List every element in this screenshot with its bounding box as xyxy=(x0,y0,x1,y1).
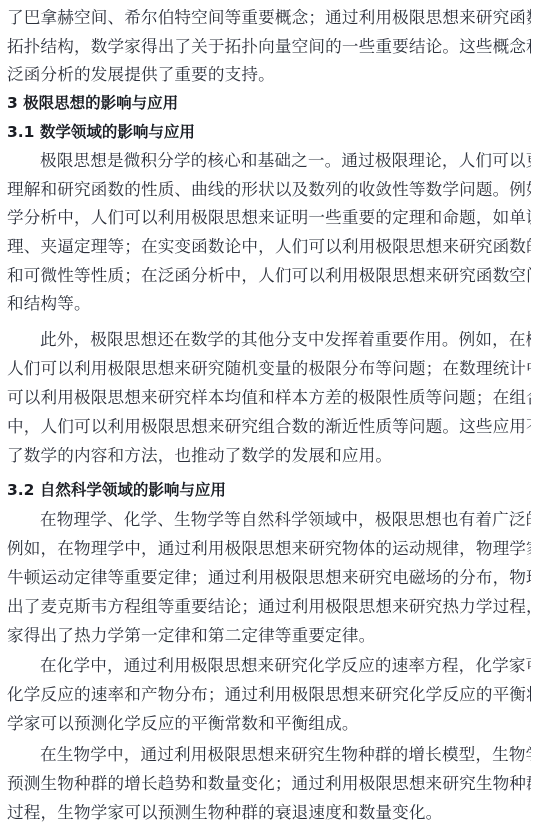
paragraph-line: 化学反应的速率和产物分布；通过利用极限思想来研究化学反应的平衡状态，化 xyxy=(7,685,531,705)
paragraph-line: 了数学的内容和方法，也推动了数学的发展和应用。 xyxy=(7,446,531,466)
paragraph-line: 人们可以利用极限思想来研究随机变量的极限分布等问题；在数理统计中，人们 xyxy=(7,359,531,379)
paragraph-line: 预测生物种群的增长趋势和数量变化；通过利用极限思想来研究生物种群的衰退 xyxy=(7,774,531,794)
intro-line-3: 泛函分析的发展提供了重要的支持。 xyxy=(7,65,531,85)
paragraph-line: 理解和研究函数的性质、曲线的形状以及数列的收敛性等数学问题。例如，在数 xyxy=(7,180,531,200)
paragraph-line: 在物理学、化学、生物学等自然科学领域中，极限思想也有着广泛的应用。 xyxy=(40,510,531,530)
paragraph-line: 家得出了热力学第一定律和第二定律等重要定律。 xyxy=(7,626,531,646)
paragraph-line: 例如，在物理学中，通过利用极限思想来研究物体的运动规律，物理学家得出了 xyxy=(7,539,531,559)
paragraph-line: 过程，生物学家可以预测生物种群的衰退速度和数量变化。 xyxy=(7,803,531,823)
paragraph-line: 出了麦克斯韦方程组等重要结论；通过利用极限思想来研究热力学过程，物理学 xyxy=(7,597,531,617)
paragraph-line: 在化学中，通过利用极限思想来研究化学反应的速率方程，化学家可以预测 xyxy=(40,656,531,676)
paragraph-line: 可以利用极限思想来研究样本均值和样本方差的极限性质等问题；在组合数学 xyxy=(7,388,531,408)
paragraph-line: 牛顿运动定律等重要定律；通过利用极限思想来研究电磁场的分布，物理学家得 xyxy=(7,568,531,588)
section-heading-3-2: 3.2 自然科学领域的影响与应用 xyxy=(7,480,226,500)
paragraph-line: 此外，极限思想还在数学的其他分支中发挥着重要作用。例如，在概率论中， xyxy=(40,330,531,350)
intro-line-2: 拓扑结构，数学家得出了关于拓扑向量空间的一些重要结论。这些概念和结论为 xyxy=(7,37,531,57)
paragraph-line: 理、夹逼定理等；在实变函数论中，人们可以利用极限思想来研究函数的连续性 xyxy=(7,237,531,257)
paragraph-line: 和可微性等性质；在泛函分析中，人们可以利用极限思想来研究函数空间的性质 xyxy=(7,266,531,286)
section-heading-3: 3 极限思想的影响与应用 xyxy=(7,93,178,113)
paragraph-line: 中，人们可以利用极限思想来研究组合数的渐近性质等问题。这些应用不仅丰富 xyxy=(7,417,531,437)
document-page: 了巴拿赫空间、希尔伯特空间等重要概念；通过利用极限思想来研究函数空间的 拓扑结构… xyxy=(0,0,536,831)
paragraph-line: 极限思想是微积分学的核心和基础之一。通过极限理论，人们可以更深入地 xyxy=(40,151,531,171)
paragraph-line: 学分析中，人们可以利用极限思想来证明一些重要的定理和命题，如单调有界定 xyxy=(7,208,531,228)
paragraph-line: 在生物学中，通过利用极限思想来研究生物种群的增长模型，生物学家可以 xyxy=(40,745,531,765)
paragraph-line: 和结构等。 xyxy=(7,294,531,314)
paragraph-line: 学家可以预测化学反应的平衡常数和平衡组成。 xyxy=(7,714,531,734)
intro-line-1: 了巴拿赫空间、希尔伯特空间等重要概念；通过利用极限思想来研究函数空间的 xyxy=(7,8,531,28)
section-heading-3-1: 3.1 数学领域的影响与应用 xyxy=(7,122,195,142)
